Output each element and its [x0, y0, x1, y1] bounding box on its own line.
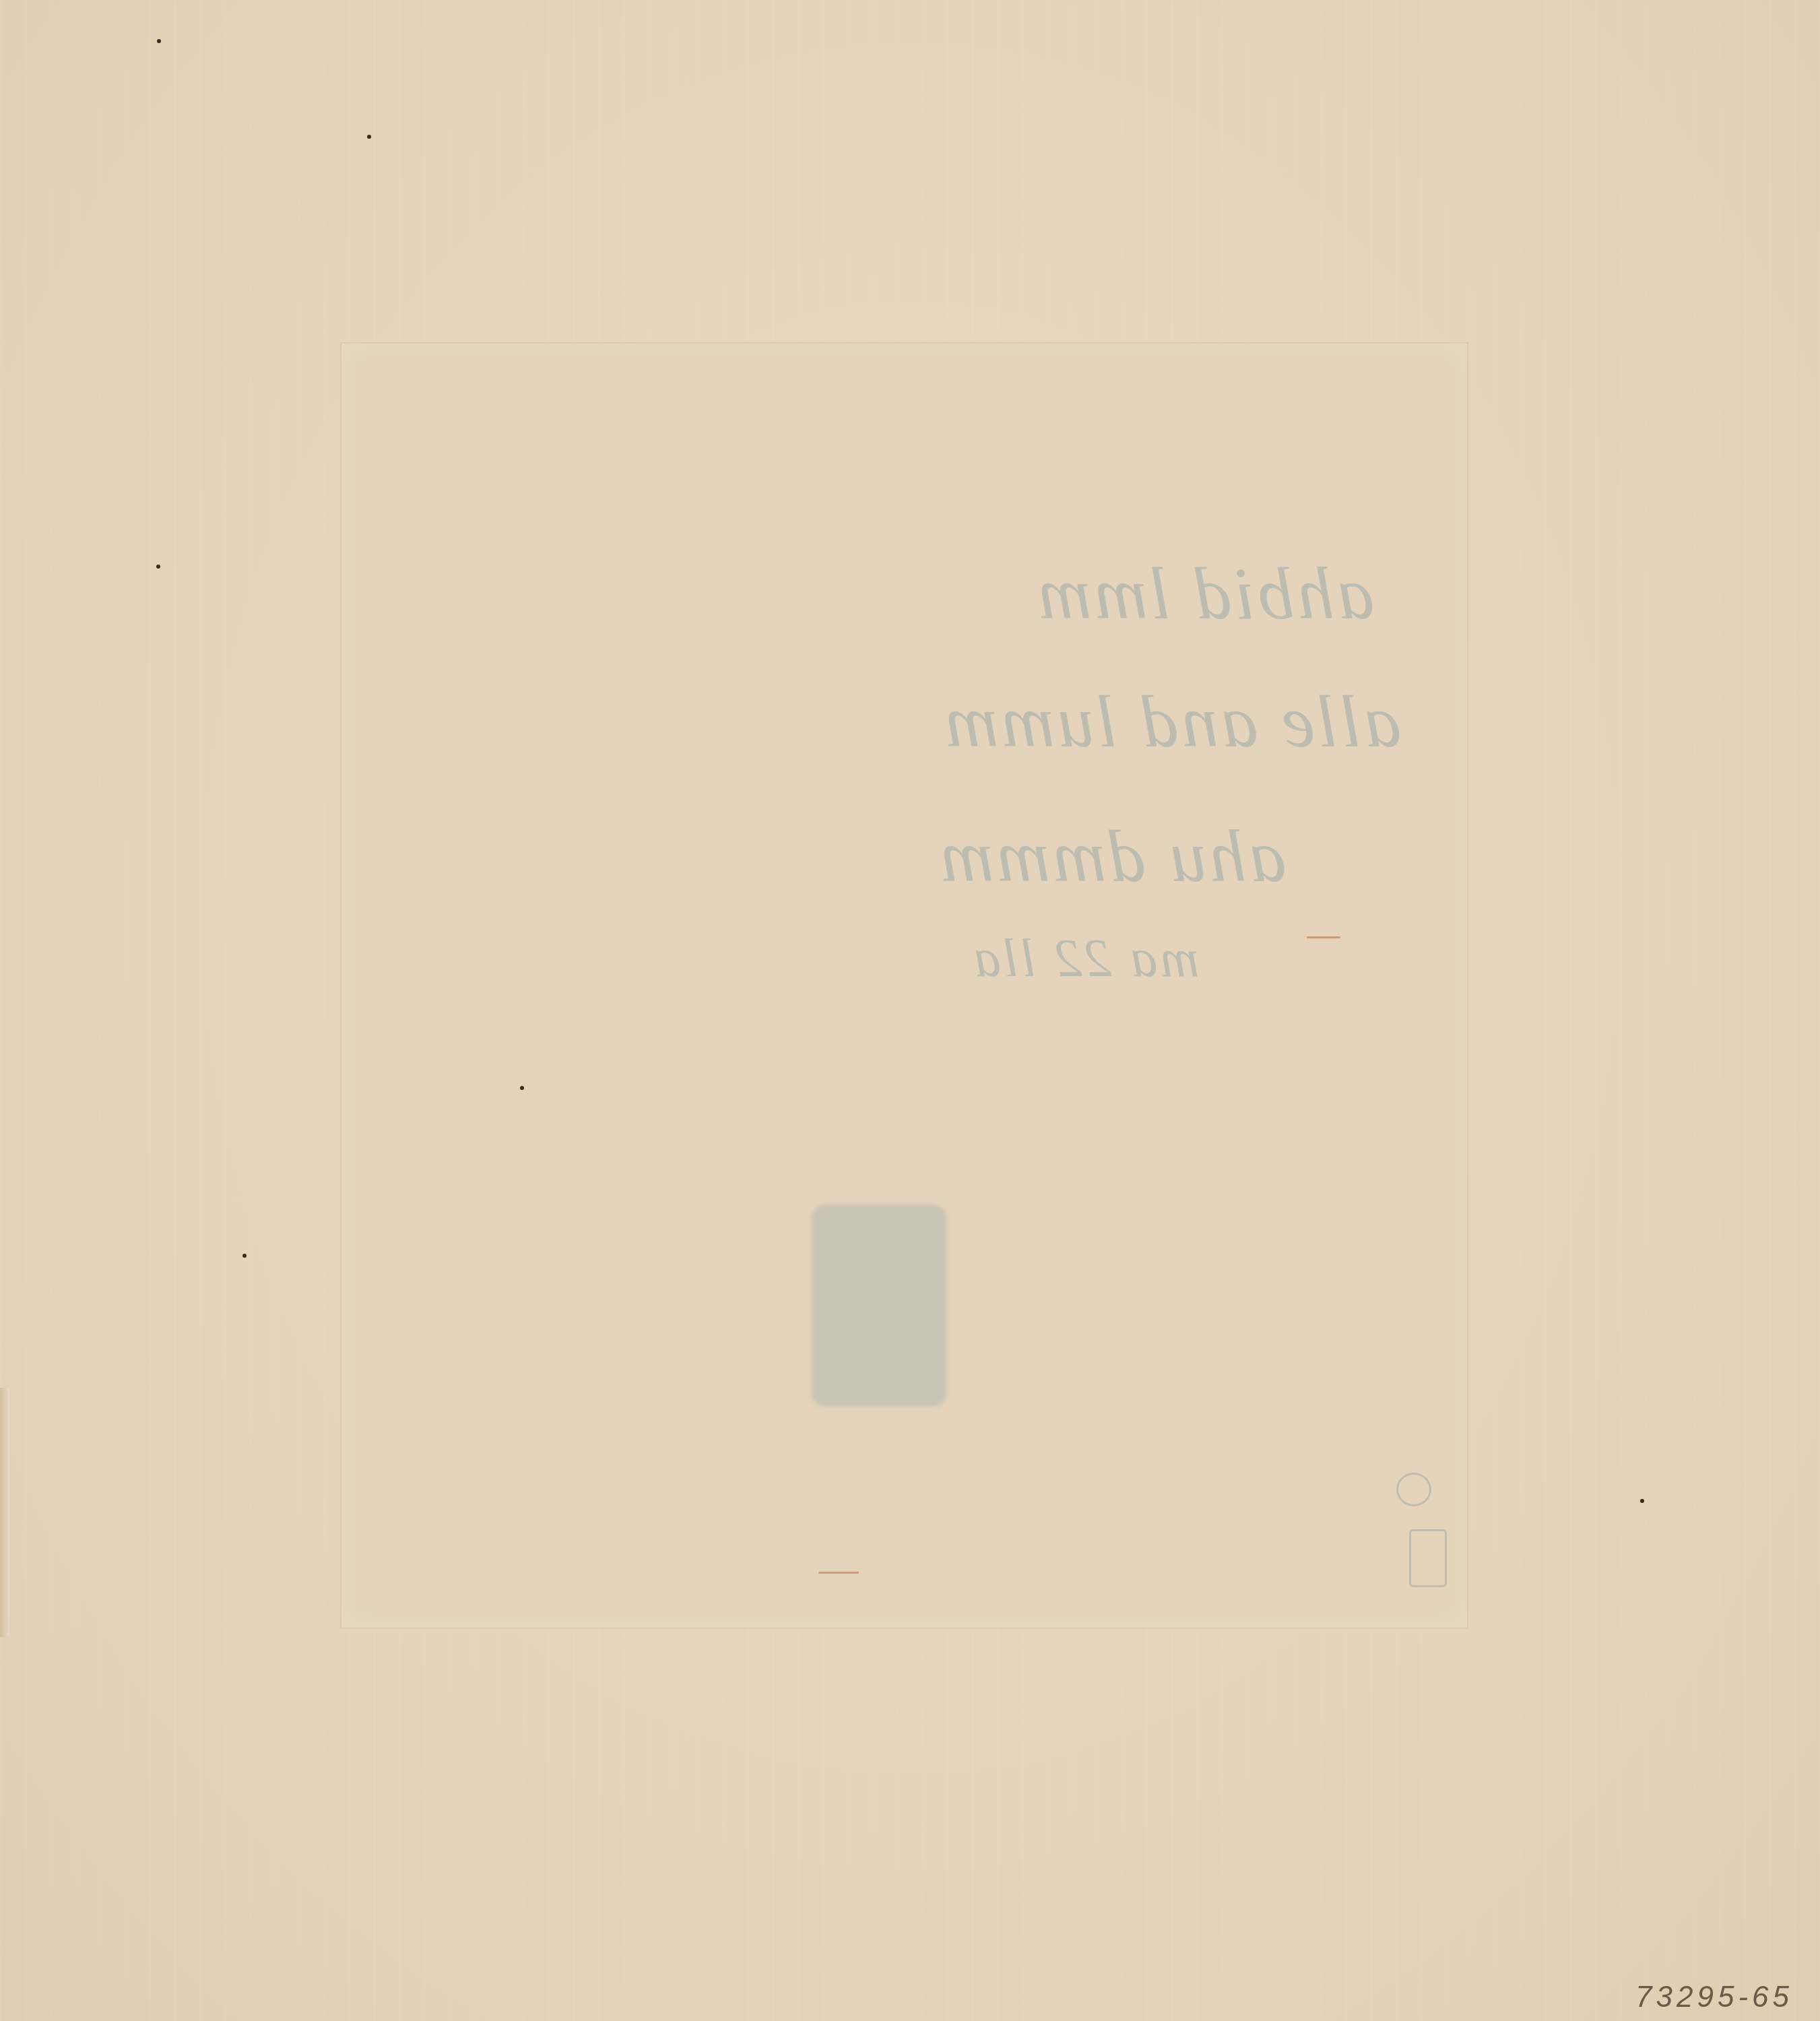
show-through-inscription-line: alle and lumm: [942, 679, 1401, 765]
paper-speck: [156, 565, 160, 569]
round-seal-stamp: [1396, 1473, 1431, 1506]
paper-sheet: ahbid lmm alle and lumm ahu dmmm ma 22 l…: [0, 0, 1820, 2021]
show-through-inscription-line: ahu dmmm: [938, 814, 1287, 899]
show-through-inscription-line: ma 22 lla: [971, 928, 1199, 990]
paper-speck: [242, 1254, 247, 1258]
paper-crease: [0, 1388, 9, 1637]
paper-speck: [520, 1086, 524, 1090]
paper-fiber: [1307, 936, 1340, 938]
inventory-number: 73295-65: [1635, 1981, 1793, 2014]
paper-speck: [367, 135, 371, 139]
rectangular-seal-stamp: [1409, 1529, 1447, 1587]
show-through-inscription-line: ahbid lmm: [1035, 551, 1375, 637]
show-through-seal: [812, 1205, 946, 1407]
paper-speck: [1640, 1499, 1644, 1503]
plate-impression-area: ahbid lmm alle and lumm ahu dmmm ma 22 l…: [340, 342, 1468, 1629]
paper-fiber: [818, 1572, 859, 1574]
paper-speck: [157, 39, 161, 43]
